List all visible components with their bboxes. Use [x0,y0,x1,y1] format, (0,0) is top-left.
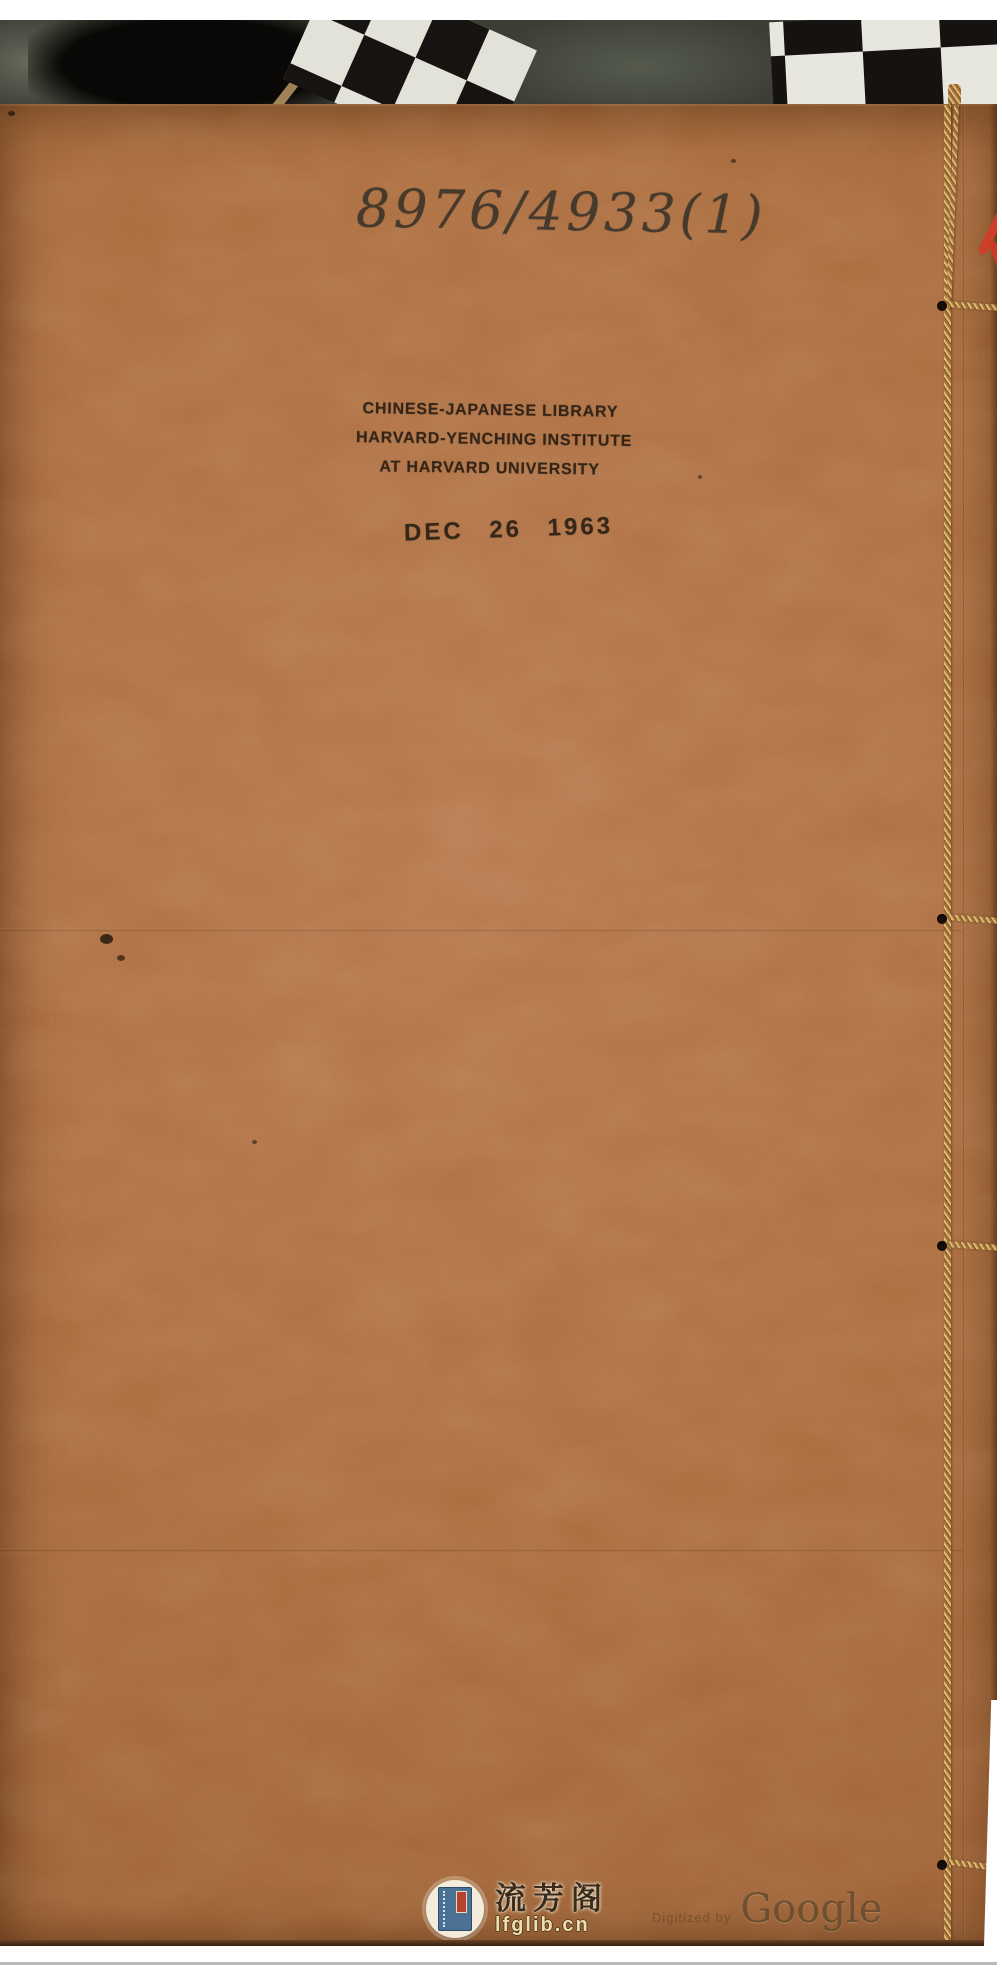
cover-crease-upper [0,928,962,933]
lfglib-watermark: 流芳阁 lfglib.cn [426,1880,609,1938]
scan-table-surface [0,20,1002,104]
calibration-target-left [283,20,537,104]
ink-stain [698,475,702,479]
digitized-by-label: Digitized by [652,1910,731,1925]
scan-right-margin [997,20,1002,1971]
paper-grain-texture [0,104,997,1946]
ink-stain [8,111,15,116]
fore-edge-shadow [990,104,997,1946]
google-logo-text: Google [740,1886,882,1932]
book-stitch-dots [443,1891,445,1927]
calibration-target-right [769,20,1002,104]
page-edge-line [0,1962,1002,1965]
binding-thread-vertical [944,104,951,1946]
binding-thread-over-top-edge [948,84,961,104]
book-title-slip [456,1891,467,1913]
date-stamp: DEC 26 1963 [404,512,614,547]
stitch-hole-4 [937,1860,947,1870]
red-ink-edge-mark [979,208,997,274]
digitized-by-google-watermark: Digitized by Google [652,1886,882,1932]
book-cover: 8976/4933(1) CHINESE-JAPANESE LIBRARY HA… [0,104,997,1946]
cover-fold-line [963,104,965,1946]
stitch-hole-1 [937,301,947,311]
ink-stain [252,1140,257,1144]
library-stamp-line-1: CHINESE-JAPANESE LIBRARY [356,394,624,427]
cover-crease-lower [0,1548,962,1553]
stitch-hole-3 [937,1241,947,1251]
ink-stain [731,159,736,163]
red-ink-stroke [987,240,997,273]
stitched-book-icon [438,1887,472,1931]
library-stamp-line-2: HARVARD-YENCHING INSTITUTE [356,423,624,456]
ink-stain [117,955,125,961]
scanned-page: 8976/4933(1) CHINESE-JAPANESE LIBRARY HA… [0,0,1002,1971]
library-stamp-line-3: AT HARVARD UNIVERSITY [355,452,623,485]
call-number-handwriting: 8976/4933(1) [355,178,776,246]
ink-stain [100,934,113,944]
lfglib-text-block: 流芳阁 lfglib.cn [495,1883,609,1935]
library-stamp: CHINESE-JAPANESE LIBRARY HARVARD-YENCHIN… [355,394,624,485]
scan-bottom-margin [0,1946,1002,1971]
lfglib-badge [426,1880,484,1938]
stitch-hole-2 [937,914,947,924]
lfglib-site-name: 流芳阁 [495,1883,609,1914]
lfglib-site-url: lfglib.cn [495,1915,609,1935]
